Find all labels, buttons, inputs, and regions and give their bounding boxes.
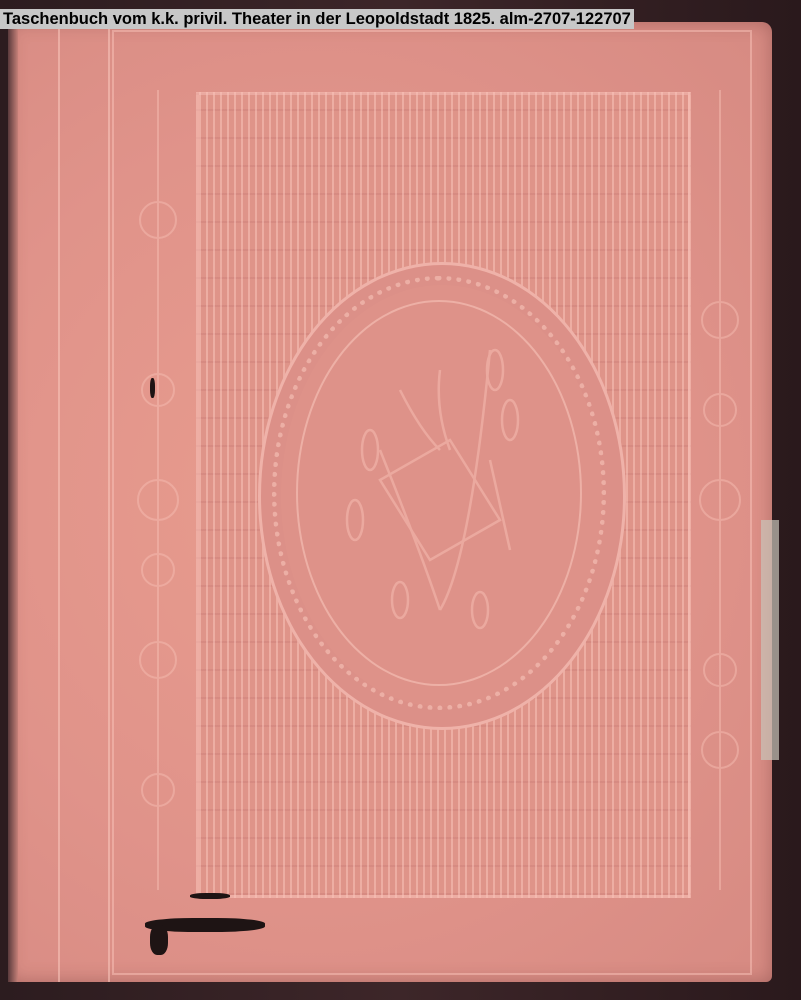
ink-stain	[190, 893, 230, 899]
right-floral-ornament-icon	[690, 90, 750, 890]
spine-edge	[8, 22, 18, 982]
ink-stain	[150, 925, 168, 955]
lyre-book-laurel-emblem-icon	[310, 310, 570, 670]
spine-line	[108, 22, 110, 982]
torn-edge	[761, 520, 779, 760]
image-caption: Taschenbuch vom k.k. privil. Theater in …	[0, 9, 634, 29]
left-floral-ornament-icon	[128, 90, 188, 890]
spine-line	[58, 22, 60, 982]
ink-mark	[150, 378, 155, 398]
